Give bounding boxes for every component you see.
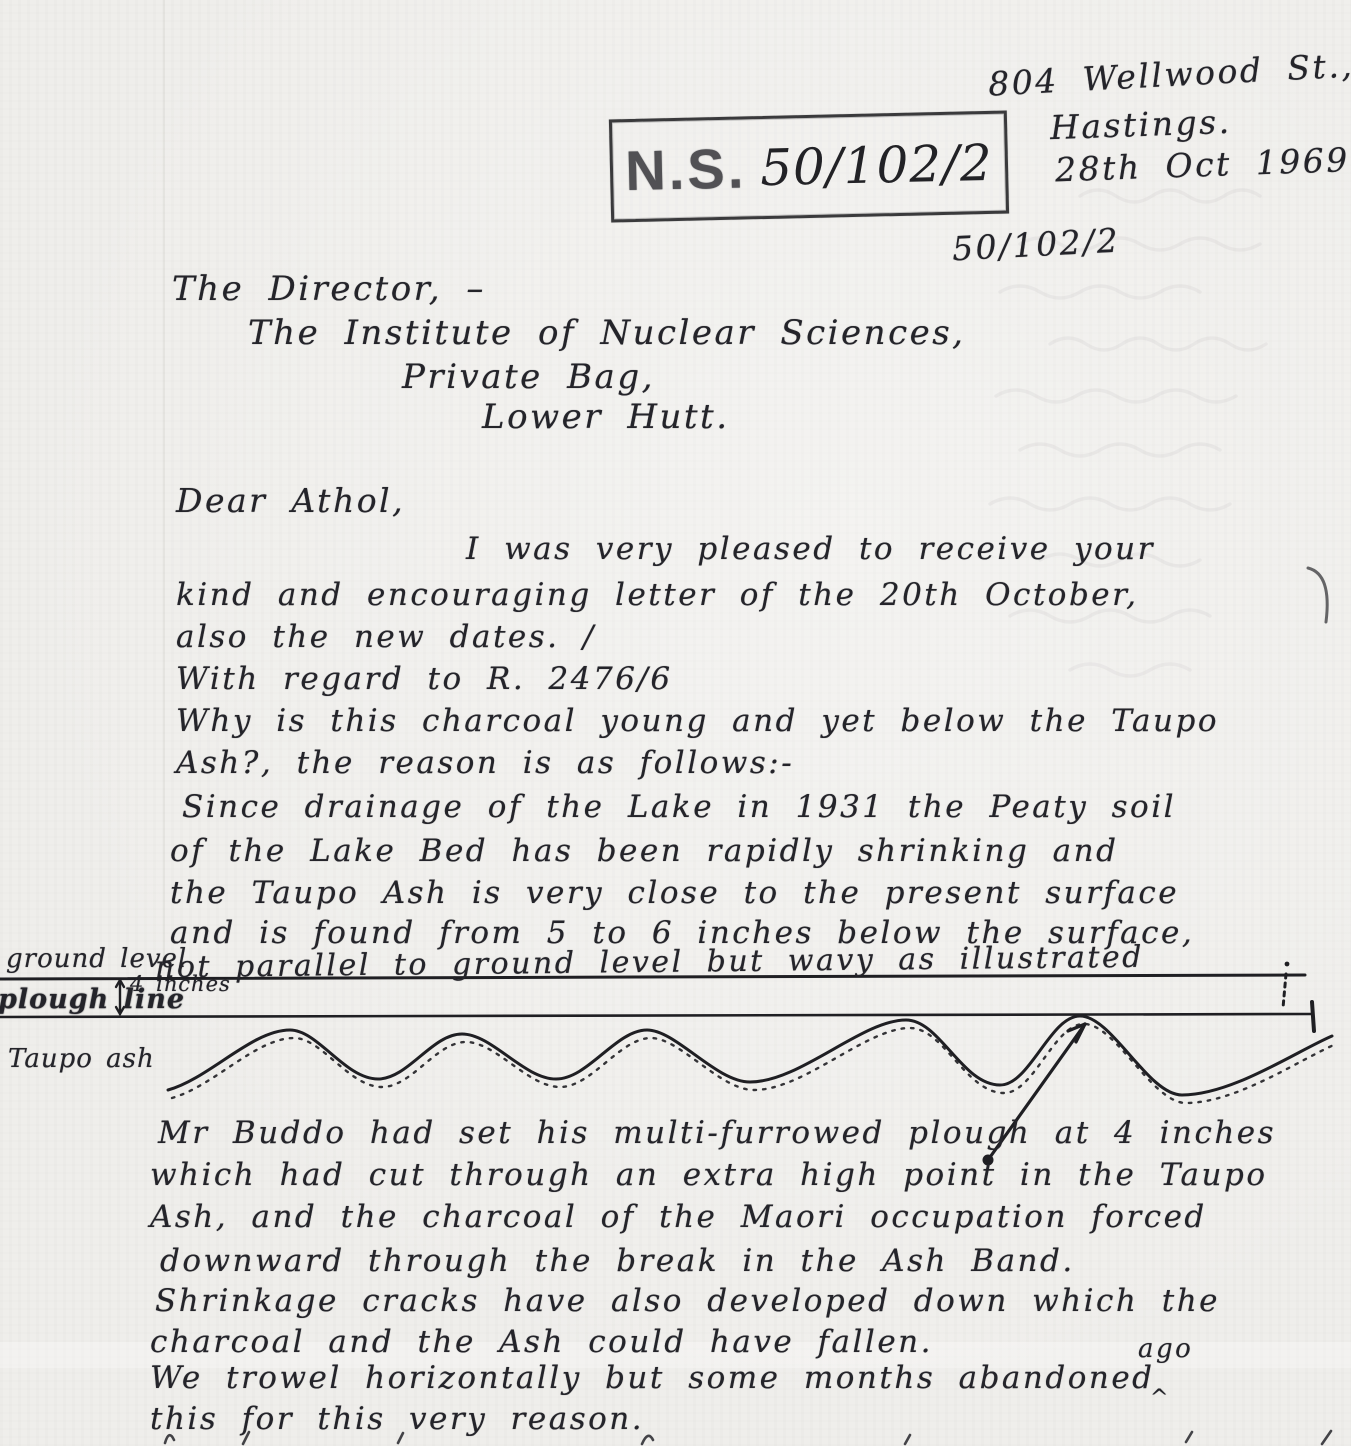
body-line: I was very pleased to receive your: [466, 534, 1155, 565]
page-marker-stroke: [1283, 962, 1289, 1008]
taupo-ash-label: Taupo ash: [8, 1046, 155, 1072]
stamp-prefix: N.S.: [625, 135, 747, 203]
body-line: Ash, and the charcoal of the Maori occup…: [150, 1202, 1207, 1233]
body-line: downward through the break in the Ash Ba…: [160, 1246, 1075, 1277]
body-line: kind and encouraging letter of the 20th …: [176, 580, 1138, 611]
stray-pen-mark: [1300, 556, 1346, 628]
body-line: of the Lake Bed has been rapidly shrinki…: [170, 836, 1118, 867]
plough-line: [0, 1014, 1313, 1017]
recipient-line3: Private Bag,: [402, 360, 655, 394]
body-line: Since drainage of the Lake in 1931 the P…: [182, 792, 1176, 823]
registry-stamp: N.S. 50/102/2: [609, 110, 1009, 222]
recipient-line2: The Institute of Nuclear Sciences,: [248, 316, 966, 350]
insertion-caret: ^: [1150, 1388, 1171, 1410]
recipient-line1: The Director, –: [172, 272, 486, 306]
cut-off-line-marks: [0, 1424, 1351, 1446]
body-line: Why is this charcoal young and yet below…: [176, 706, 1219, 737]
stamp-number: 50/102/2: [760, 133, 994, 196]
body-line: Ash?, the reason is as follows:-: [176, 748, 794, 779]
plough-line-end-tick: [1312, 1002, 1314, 1031]
body-line: Shrinkage cracks have also developed dow…: [155, 1286, 1220, 1317]
letter-date: 28th Oct 1969.: [1055, 143, 1351, 187]
reference-number: 50/102/2: [951, 224, 1121, 266]
depth-label: 4 inches: [130, 974, 231, 995]
body-line: With regard to R. 2476/6: [176, 664, 673, 695]
body-line: We trowel horizontally but some months a…: [150, 1363, 1155, 1394]
ground-level-label: ground level: [6, 946, 187, 972]
taupo-ash-wavy-line: [168, 1016, 1332, 1095]
body-line: the Taupo Ash is very close to the prese…: [170, 878, 1179, 909]
paper-fold-line: [163, 0, 165, 958]
sender-address-line2: Hastings.: [1049, 105, 1232, 144]
taupo-ash-dotted-line: [172, 1024, 1336, 1103]
salutation: Dear Athol,: [176, 484, 405, 517]
body-line: also the new dates. /: [176, 622, 596, 653]
scanned-letter-page: N.S. 50/102/2 804 Wellwood St., Hastings…: [0, 0, 1351, 1446]
body-line: charcoal and the Ash could have fallen.: [150, 1327, 933, 1358]
inserted-word: ago: [1138, 1336, 1193, 1362]
body-line: which had cut through an extra high poin…: [150, 1160, 1267, 1191]
sender-address-line1: 804 Wellwood St.,: [987, 48, 1351, 100]
recipient-line4: Lower Hutt.: [482, 400, 730, 434]
body-line: Mr Buddo had set his multi-furrowed plou…: [158, 1118, 1276, 1149]
